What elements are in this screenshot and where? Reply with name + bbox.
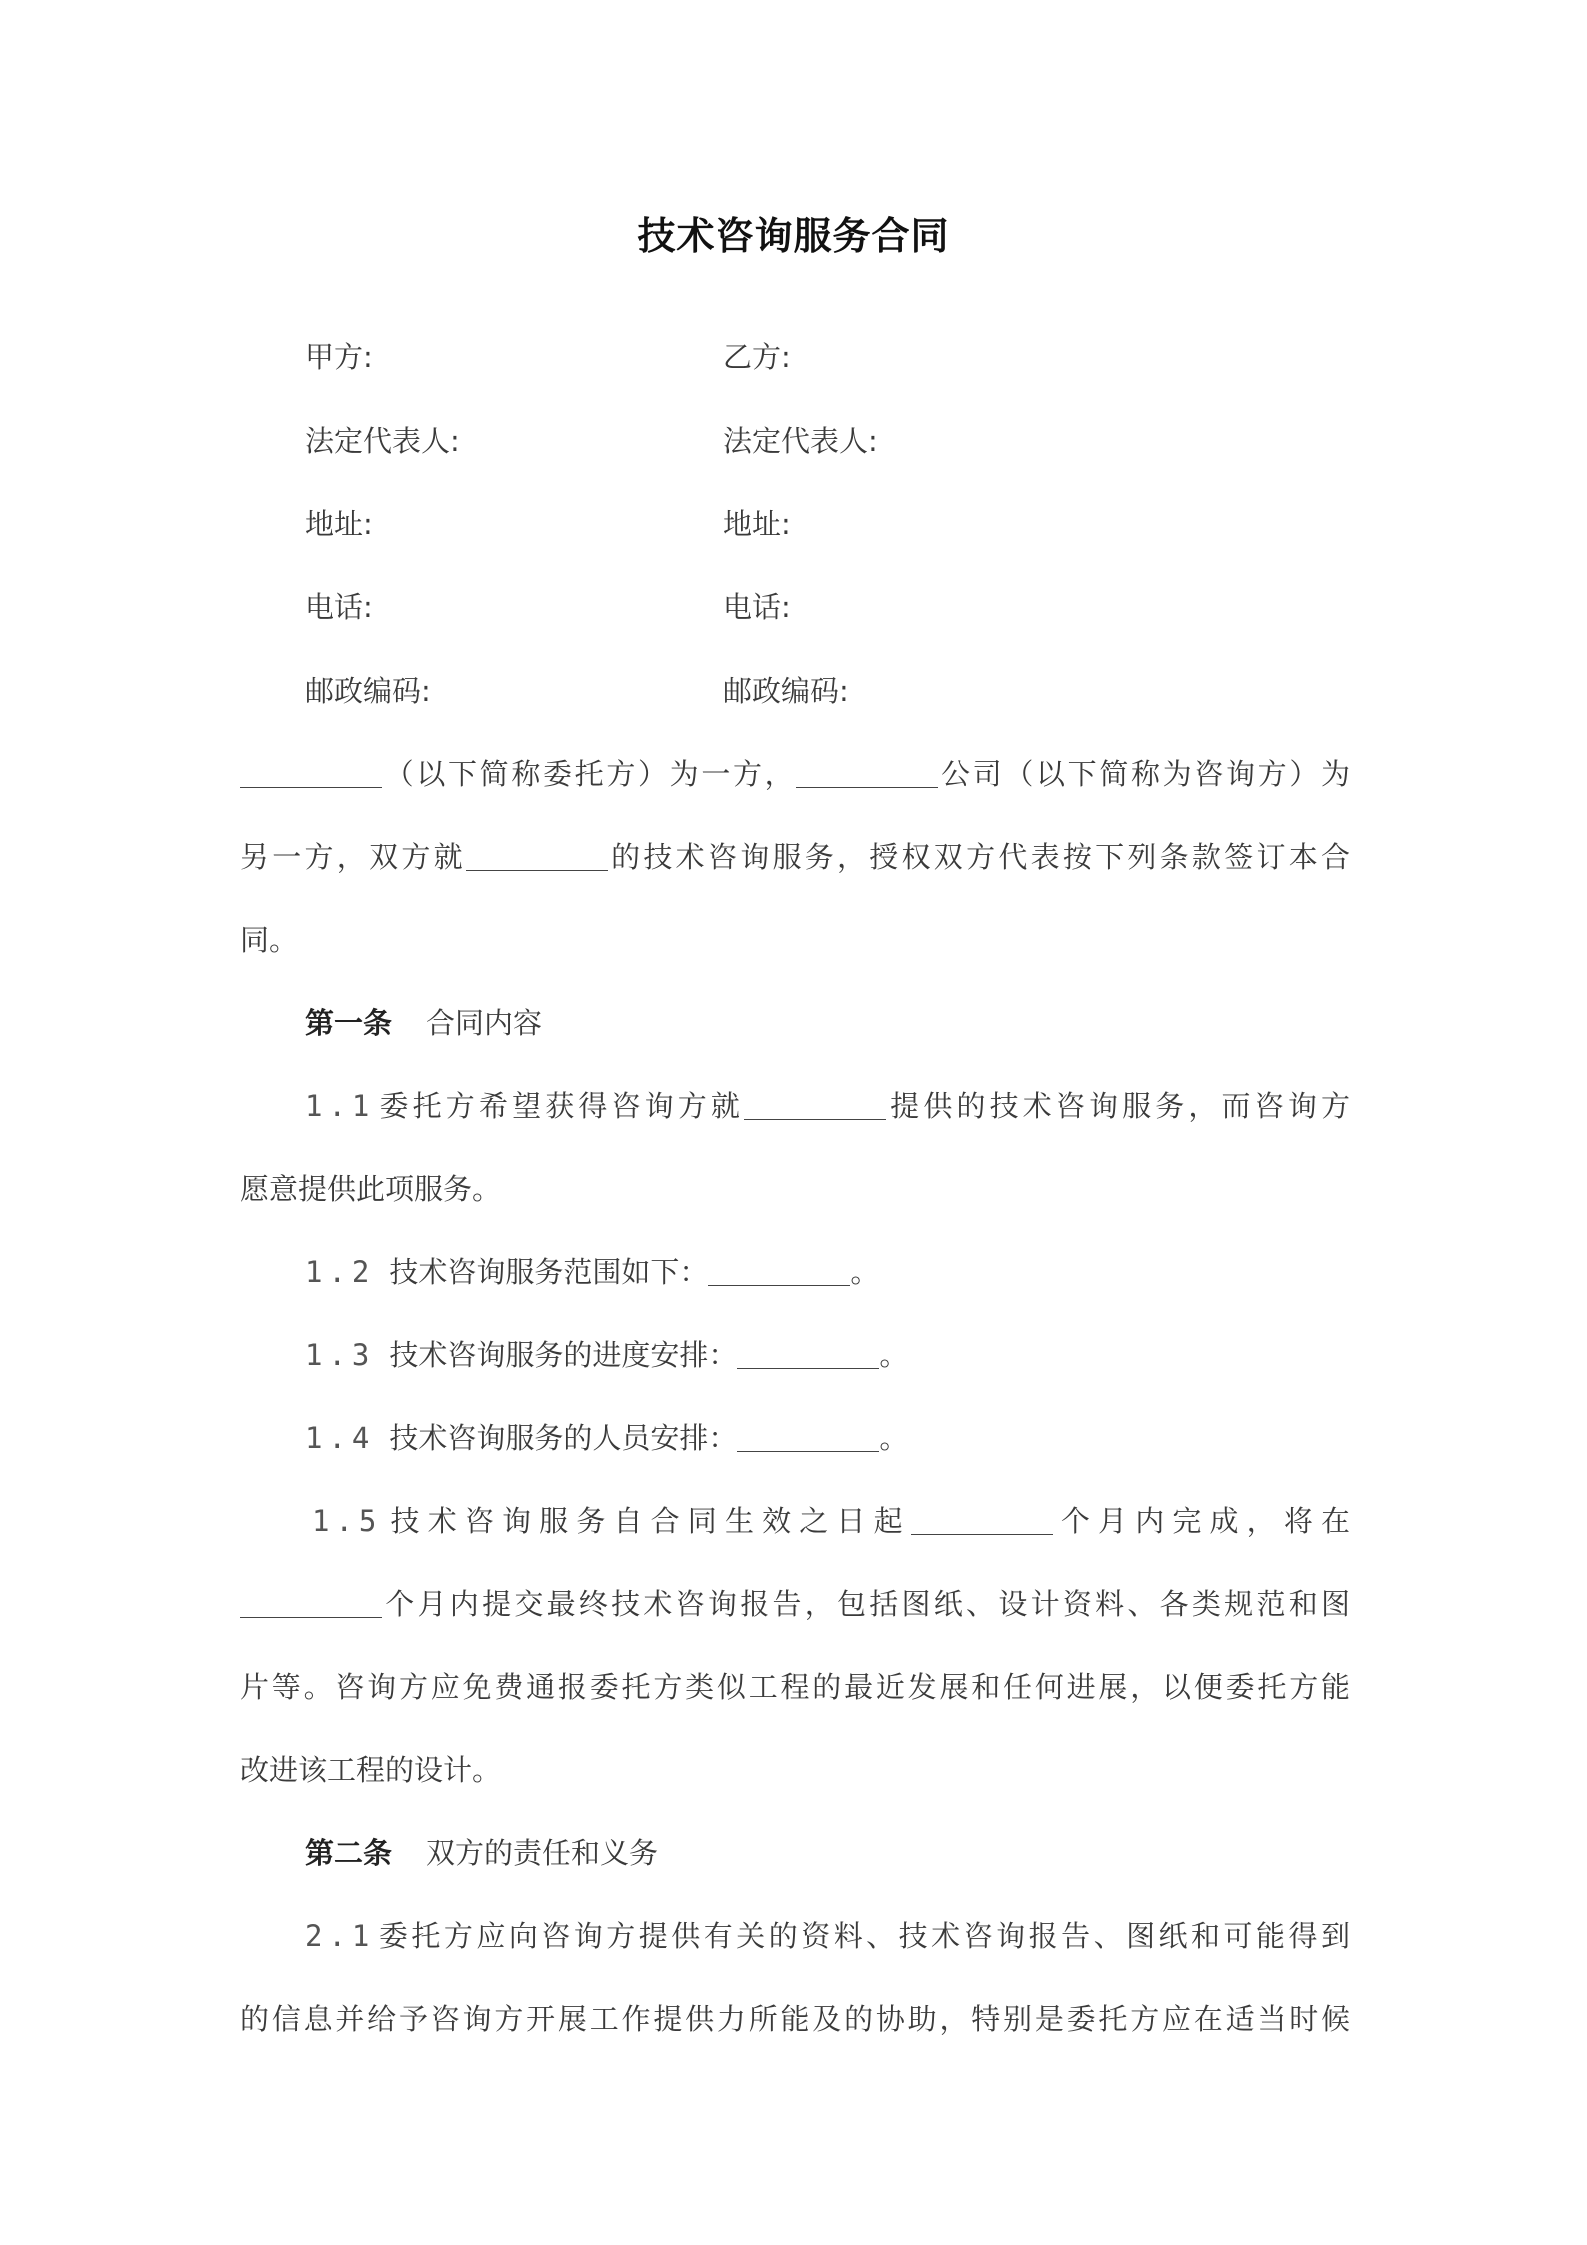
clause-text: 提供的技术咨询服务，而咨询方 (886, 1089, 1350, 1123)
preamble-text: 另一方，双方就 (240, 840, 466, 874)
party-b-address-label: 地址: (723, 504, 791, 544)
party-b-postal-code-label: 邮政编码: (723, 671, 849, 711)
blank-report-months[interactable] (240, 1587, 382, 1618)
clause-2-1: 2.1委托方应向咨询方提供有关的资料、技术咨询报告、图纸和可能得到 (305, 1916, 1350, 1956)
clause-1-1: 1.1委托方希望获得咨询方就提供的技术咨询服务，而咨询方 (305, 1086, 1350, 1126)
clause-text: 技术咨询服务范围如下： (389, 1255, 708, 1289)
blank-completion-months[interactable] (911, 1504, 1053, 1535)
clause-number: 1.4 (305, 1421, 375, 1455)
article-number: 第一条 (305, 1006, 392, 1040)
clause-text: 个月内提交最终技术咨询报告，包括图纸、设计资料、各类规范和图 (382, 1587, 1350, 1621)
clause-text: 委托方应向咨询方提供有关的资料、技术咨询报告、图纸和可能得到 (375, 1919, 1350, 1953)
clause-number: 1.2 (305, 1255, 375, 1289)
party-b-phone-label: 电话: (723, 587, 791, 627)
clause-end: 。 (879, 1338, 908, 1372)
clause-1-2: 1.2技术咨询服务范围如下：。 (305, 1252, 1350, 1292)
article-number: 第二条 (305, 1836, 392, 1870)
document-title: 技术咨询服务合同 (0, 205, 1587, 260)
blank-consultant-company[interactable] (796, 757, 938, 788)
party-a-postal-code-label: 邮政编码: (305, 671, 431, 711)
article-title: 双方的责任和义务 (426, 1836, 658, 1870)
article-1-heading: 第一条合同内容 (305, 1003, 1350, 1043)
blank-consult-subject[interactable] (744, 1089, 886, 1120)
clause-end: 。 (879, 1421, 908, 1455)
clause-1-5-line-4: 改进该工程的设计。 (240, 1750, 1350, 1790)
clause-1-3: 1.3技术咨询服务的进度安排：。 (305, 1335, 1350, 1375)
party-a-legal-rep-label: 法定代表人: (305, 421, 460, 461)
clause-number: 2.1 (305, 1919, 375, 1953)
clause-number: 1.3 (305, 1338, 375, 1372)
clause-end: 。 (850, 1255, 879, 1289)
document-page: 技术咨询服务合同 甲方: 法定代表人: 地址: 电话: 邮政编码: 乙方: 法定… (0, 0, 1587, 2245)
preamble-text: 公司（以下简称为咨询方）为 (938, 757, 1350, 791)
clause-text: 委托方希望获得咨询方就 (375, 1089, 744, 1123)
blank-project-name[interactable] (466, 840, 608, 871)
clause-text: 技术咨询服务的进度安排： (389, 1338, 737, 1372)
party-a-address-label: 地址: (305, 504, 373, 544)
preamble-line-1: （以下简称委托方）为一方，公司（以下简称为咨询方）为 (240, 754, 1350, 794)
clause-text: 个月内完成，将在 (1053, 1504, 1350, 1538)
clause-text: 技术咨询服务自合同生效之日起 (382, 1504, 910, 1538)
preamble-text: （以下简称委托方）为一方， (382, 757, 796, 791)
preamble-line-2: 另一方，双方就的技术咨询服务，授权双方代表按下列条款签订本合 (240, 837, 1350, 877)
blank-service-scope[interactable] (708, 1255, 850, 1286)
party-b-name-label: 乙方: (723, 337, 791, 377)
party-b-legal-rep-label: 法定代表人: (723, 421, 878, 461)
clause-1-5-line-3: 片等。咨询方应免费通报委托方类似工程的最近发展和任何进展，以便委托方能 (240, 1667, 1350, 1707)
party-a-name-label: 甲方: (305, 337, 373, 377)
clause-text: 技术咨询服务的人员安排： (389, 1421, 737, 1455)
article-title: 合同内容 (426, 1006, 542, 1040)
clause-number: 1.1 (305, 1089, 375, 1123)
clause-1-5-line-2: 个月内提交最终技术咨询报告，包括图纸、设计资料、各类规范和图 (240, 1584, 1350, 1624)
clause-number: 1.5 (312, 1504, 382, 1538)
blank-schedule[interactable] (737, 1338, 879, 1369)
party-a-phone-label: 电话: (305, 587, 373, 627)
blank-staffing[interactable] (737, 1421, 879, 1452)
clause-1-5: 1.5技术咨询服务自合同生效之日起个月内完成，将在 (312, 1501, 1350, 1541)
clause-1-4: 1.4技术咨询服务的人员安排：。 (305, 1418, 1350, 1458)
preamble-text: 的技术咨询服务，授权双方代表按下列条款签订本合 (608, 840, 1350, 874)
article-2-heading: 第二条双方的责任和义务 (305, 1833, 1350, 1873)
preamble-line-3: 同。 (240, 920, 1350, 960)
clause-2-1-line-2: 的信息并给予咨询方开展工作提供力所能及的协助，特别是委托方应在适当时候 (240, 1999, 1350, 2039)
clause-1-1-cont: 愿意提供此项服务。 (240, 1169, 1350, 1209)
blank-client-name[interactable] (240, 757, 382, 788)
